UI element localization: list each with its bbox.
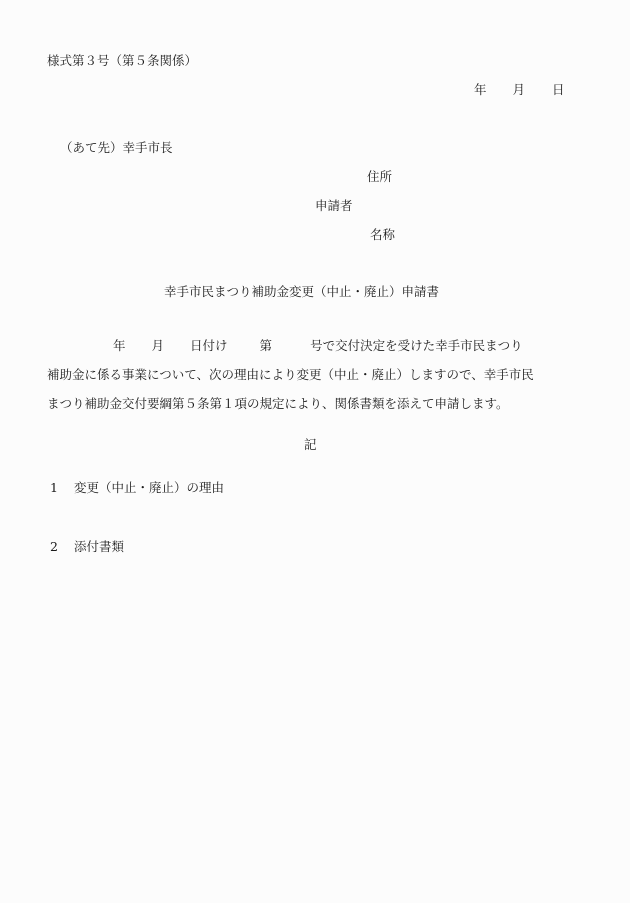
date-line: 年月日 [474, 82, 565, 98]
item-1-number: 1 [50, 480, 58, 495]
body-line-2: 補助金に係る事業について、次の理由により変更（中止・廃止）しますので、幸手市民 [47, 367, 534, 383]
item-1-label: 変更（中止・廃止）の理由 [74, 480, 224, 495]
body-line-1-rest: 号で交付決定を受けた幸手市民まつり [310, 338, 523, 353]
document-title: 幸手市民まつり補助金変更（中止・廃止）申請書 [164, 284, 439, 300]
date-month-label: 月 [513, 82, 526, 97]
form-number: 様式第３号（第５条関係） [47, 53, 197, 69]
body-line-3: まつり補助金交付要綱第５条第１項の規定により、関係書類を添えて申請します。 [47, 396, 509, 412]
date-year-label: 年 [474, 82, 487, 97]
body-dai-label: 第 [260, 338, 273, 353]
body-day-dated-label: 日付け [190, 338, 228, 353]
name-label: 名称 [370, 227, 395, 243]
body-month-label: 月 [152, 338, 165, 353]
item-2: 2添付書類 [50, 539, 124, 555]
body-year-label: 年 [113, 338, 126, 353]
applicant-label: 申請者 [315, 198, 353, 214]
body-line-1: 年月日付け第号で交付決定を受けた幸手市民まつり [113, 338, 523, 354]
item-2-label: 添付書類 [74, 539, 124, 554]
item-1: 1変更（中止・廃止）の理由 [50, 480, 224, 496]
ki-heading: 記 [304, 437, 317, 453]
address-label: 住所 [367, 169, 392, 185]
addressee: （あて先）幸手市長 [60, 140, 173, 156]
date-day-label: 日 [552, 82, 565, 97]
item-2-number: 2 [50, 539, 58, 554]
